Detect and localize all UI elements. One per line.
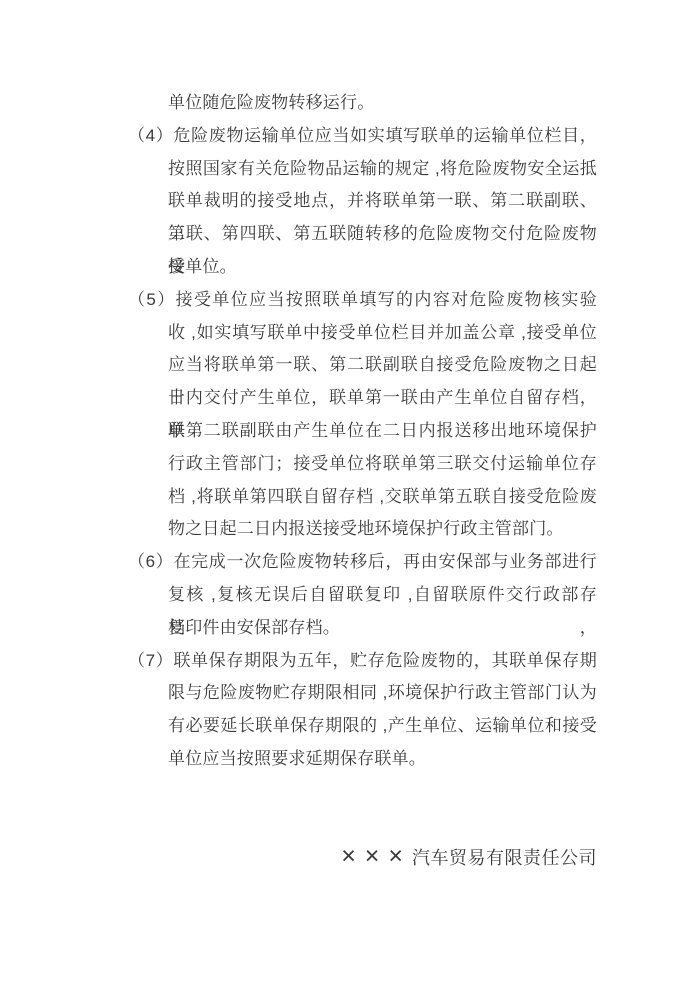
signature-line: ×××汽车贸易有限责任公司 [0, 840, 597, 873]
text-line: 应当将联单第一联、第二联副联自接受危险废物之日起十 [168, 349, 597, 382]
text-line: 复核 ,复核无误后自留联复印 ,自留联原件交行政部存档， [168, 579, 597, 612]
text-line: （7）联单保存期限为五年，贮存危险废物的，其联单保存期 [128, 645, 597, 678]
text-line: 按照国家有关危险物品运输的规定 ,将危险废物安全运抵 [168, 153, 597, 186]
text-line: 收 ,如实填写联单中接受单位栏目并加盖公章 ,接受单位 [168, 317, 597, 350]
text-line: （4）危险废物运输单位应当如实填写联单的运输单位栏目， [128, 120, 597, 153]
document-body: 单位随危险废物转移运行。（4）危险废物运输单位应当如实填写联单的运输单位栏目，按… [0, 87, 700, 776]
text-line: 行政主管部门；接受单位将联单第三联交付运输单位存 [168, 448, 597, 481]
text-line: 单位随危险废物转移运行。 [168, 87, 597, 120]
text-line: 物之日起二日内报送接受地环境保护行政主管部门。 [168, 513, 597, 546]
signature-placeholder-marks: ××× [341, 842, 412, 870]
text-line: 限与危险废物贮存期限相同 ,环境保护行政主管部门认为 [168, 677, 597, 710]
text-line: 三联、第四联、第五联随转移的危险废物交付危险废物接 [168, 218, 597, 251]
text-line: 单位应当按照要求延期保存联单。 [168, 743, 597, 776]
signature-company-name: 汽车贸易有限责任公司 [412, 848, 597, 868]
text-line: 日内交付产生单位，联单第一联由产生单位自留存档，联 [168, 382, 597, 415]
text-line: 联单裁明的接受地点，并将联单第一联、第二联副联、第 [168, 185, 597, 218]
text-line: 有必要延长联单保存期限的 ,产生单位、运输单位和接受 [168, 710, 597, 743]
text-line: 受单位。 [168, 251, 597, 284]
text-line: 单第二联副联由产生单位在二日内报送移出地环境保护 [168, 415, 597, 448]
text-line: 档 ,将联单第四联自留存档 ,交联单第五联自接受危险废 [168, 481, 597, 514]
text-line: （6）在完成一次危险废物转移后，再由安保部与业务部进行 [128, 546, 597, 579]
text-line: （5）接受单位应当按照联单填写的内容对危险废物核实验 [128, 284, 597, 317]
document-page: 单位随危险废物转移运行。（4）危险废物运输单位应当如实填写联单的运输单位栏目，按… [0, 0, 700, 990]
